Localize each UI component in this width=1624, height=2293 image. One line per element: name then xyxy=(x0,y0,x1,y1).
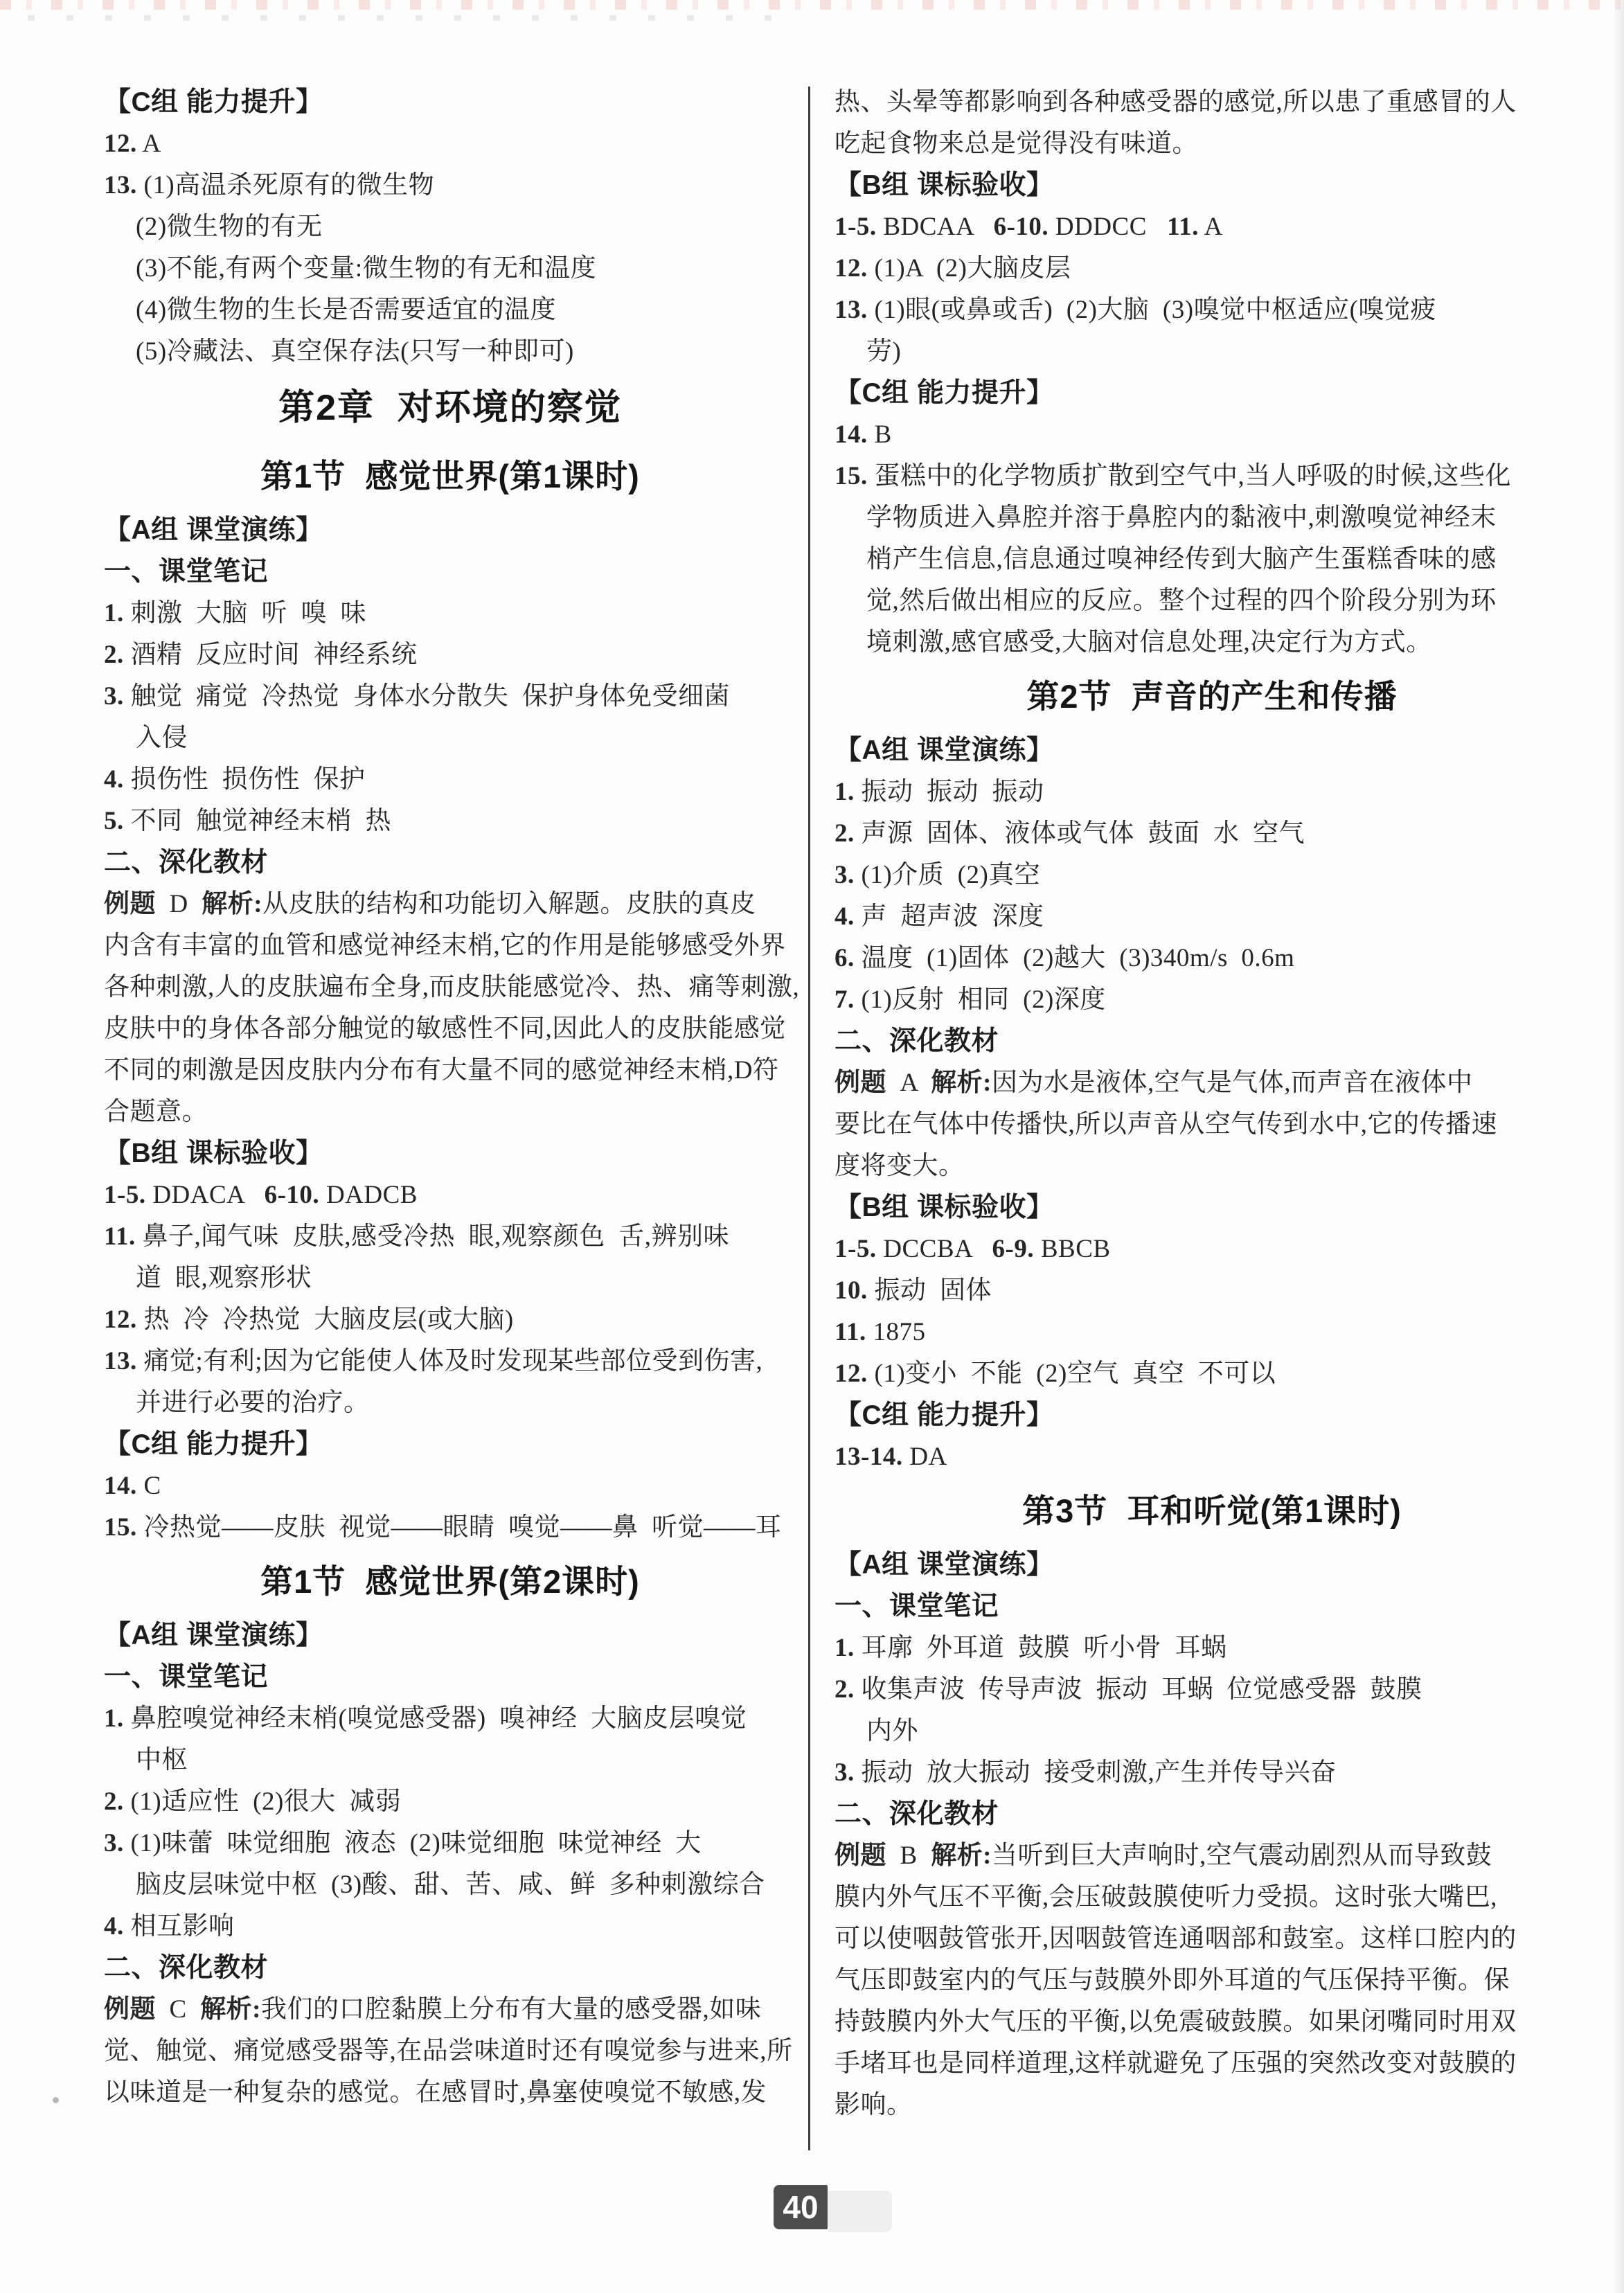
answer-line: 1. 振动 振动 振动 xyxy=(835,771,1589,813)
sub-heading: 一、课堂笔记 xyxy=(104,551,796,593)
answer-line: (4)微生物的生长是否需要适宜的温度 xyxy=(104,289,796,331)
answer-line: 影响。 xyxy=(835,2085,1589,2126)
page-number-badge: 40 xyxy=(774,2185,828,2229)
chapter-title: 第2章 对环境的察觉 xyxy=(104,373,796,443)
answer-line: 12. (1)A (2)大脑皮层 xyxy=(835,248,1589,289)
scan-artifact-red-marks xyxy=(0,0,1624,10)
answer-line: 2. 酒精 反应时间 神经系统 xyxy=(104,634,796,676)
answer-line: (3)不能,有两个变量:微生物的有无和温度 xyxy=(104,248,796,289)
answer-line: 1-5. DDACA 6-10. DADCB xyxy=(104,1175,796,1216)
answer-line: 梢产生信息,信息通过嗅神经传到大脑产生蛋糕香味的感 xyxy=(835,539,1589,580)
answer-line: 境刺激,感官感受,大脑对信息处理,决定行为方式。 xyxy=(835,622,1589,663)
answer-line: 1. 耳廓 外耳道 鼓膜 听小骨 耳蜗 xyxy=(835,1627,1589,1669)
answer-line: 热、头晕等都影响到各种感受器的感觉,所以患了重感冒的人 xyxy=(835,82,1589,123)
answer-line: 持鼓膜内外大气压的平衡,以免震破鼓膜。如果闭嘴同时用双 xyxy=(835,2001,1589,2043)
answer-line: 脑皮层味觉中枢 (3)酸、甜、苦、咸、鲜 多种刺激综合 xyxy=(104,1864,796,1906)
answer-line: 3. (1)介质 (2)真空 xyxy=(835,855,1589,896)
answer-line: 4. 损伤性 损伤性 保护 xyxy=(104,759,796,801)
answer-line: 例题 D 解析:从皮肤的结构和功能切入解题。皮肤的真皮 xyxy=(104,884,796,925)
answer-line: 4. 相互影响 xyxy=(104,1906,796,1947)
right-column: 热、头晕等都影响到各种感受器的感觉,所以患了重感冒的人吃起食物来总是觉得没有味道… xyxy=(835,82,1589,2126)
group-header: 【B组 课标验收】 xyxy=(835,1187,1589,1229)
answer-line: 道 眼,观察形状 xyxy=(104,1258,796,1299)
answer-line: 2. 收集声波 传导声波 振动 耳蜗 位觉感受器 鼓膜 xyxy=(835,1669,1589,1711)
answer-line: 例题 B 解析:当听到巨大声响时,空气震动剧烈从而导致鼓 xyxy=(835,1835,1589,1877)
answer-line: (2)微生物的有无 xyxy=(104,206,796,248)
answer-line: 3. 触觉 痛觉 冷热觉 身体水分散失 保护身体免受细菌 xyxy=(104,676,796,717)
answer-line: 3. (1)味蕾 味觉细胞 液态 (2)味觉细胞 味觉神经 大 xyxy=(104,1823,796,1864)
answer-line: 合题意。 xyxy=(104,1091,796,1133)
answer-line: 15. 蛋糕中的化学物质扩散到空气中,当人呼吸的时候,这些化 xyxy=(835,456,1589,497)
answer-line: 觉、触觉、痛觉感受器等,在品尝味道时还有嗅觉参与进来,所 xyxy=(104,2031,796,2072)
group-header: 【C组 能力提升】 xyxy=(104,82,796,123)
answer-line: 3. 振动 放大振动 接受刺激,产生并传导兴奋 xyxy=(835,1752,1589,1794)
group-header: 【A组 课堂演练】 xyxy=(835,1544,1589,1586)
sub-heading: 一、课堂笔记 xyxy=(104,1657,796,1698)
page-number: 40 xyxy=(783,2188,818,2226)
answer-line: 入侵 xyxy=(104,717,796,759)
answer-line: 2. (1)适应性 (2)很大 减弱 xyxy=(104,1781,796,1823)
scan-edge-shadow xyxy=(1613,0,1624,2293)
answer-line: 例题 C 解析:我们的口腔黏膜上分布有大量的感受器,如味 xyxy=(104,1989,796,2031)
group-header: 【C组 能力提升】 xyxy=(104,1424,796,1465)
answer-line: 12. (1)变小 不能 (2)空气 真空 不可以 xyxy=(835,1353,1589,1395)
answer-line: 12. A xyxy=(104,123,796,165)
answer-line: 6. 温度 (1)固体 (2)越大 (3)340m/s 0.6m xyxy=(835,938,1589,979)
answer-line: 1-5. DCCBA 6-9. BBCB xyxy=(835,1229,1589,1270)
answer-line: 7. (1)反射 相同 (2)深度 xyxy=(835,979,1589,1021)
answer-line: 1. 刺激 大脑 听 嗅 味 xyxy=(104,593,796,634)
answer-line: 并进行必要的治疗。 xyxy=(104,1382,796,1424)
answer-line: 4. 声 超声波 深度 xyxy=(835,896,1589,938)
answer-line: 要比在气体中传播快,所以声音从空气传到水中,它的传播速 xyxy=(835,1104,1589,1145)
group-header: 【C组 能力提升】 xyxy=(835,373,1589,414)
answer-line: (5)冷藏法、真空保存法(只写一种即可) xyxy=(104,331,796,373)
section-title: 第2节 声音的产生和传播 xyxy=(835,663,1589,730)
answer-line: 10. 振动 固体 xyxy=(835,1270,1589,1312)
answer-line: 13. (1)高温杀死原有的微生物 xyxy=(104,165,796,206)
page-badge-ghost xyxy=(828,2191,892,2232)
answer-line: 以味道是一种复杂的感觉。在感冒时,鼻塞使嗅觉不敏感,发 xyxy=(104,2072,796,2114)
answer-line: 劳) xyxy=(835,331,1589,373)
answer-line: 11. 鼻子,闻气味 皮肤,感受冷热 眼,观察颜色 舌,辨别味 xyxy=(104,1216,796,1258)
section-title: 第1节 感觉世界(第1课时) xyxy=(104,443,796,510)
answer-line: 不同的刺激是因皮肤内分布有大量不同的感觉神经末梢,D符 xyxy=(104,1050,796,1091)
answer-line: 学物质进入鼻腔并溶于鼻腔内的黏液中,刺激嗅觉神经末 xyxy=(835,497,1589,539)
answer-line: 中枢 xyxy=(104,1740,796,1781)
scanned-answer-page: 【C组 能力提升】12. A13. (1)高温杀死原有的微生物(2)微生物的有无… xyxy=(0,0,1624,2293)
answer-line: 各种刺激,人的皮肤遍布全身,而皮肤能感觉冷、热、痛等刺激, xyxy=(104,967,796,1008)
answer-line: 13-14. DA xyxy=(835,1436,1589,1478)
group-header: 【B组 课标验收】 xyxy=(104,1133,796,1175)
sub-heading: 二、深化教材 xyxy=(104,842,796,884)
answer-line: 13. (1)眼(或鼻或舌) (2)大脑 (3)嗅觉中枢适应(嗅觉疲 xyxy=(835,289,1589,331)
answer-line: 吃起食物来总是觉得没有味道。 xyxy=(835,123,1589,165)
answer-line: 5. 不同 触觉神经末梢 热 xyxy=(104,801,796,842)
answer-line: 15. 冷热觉——皮肤 视觉——眼睛 嗅觉——鼻 听觉——耳 xyxy=(104,1507,796,1549)
group-header: 【A组 课堂演练】 xyxy=(104,510,796,551)
answer-line: 度将变大。 xyxy=(835,1145,1589,1187)
answer-line: 可以使咽鼓管张开,因咽鼓管连通咽部和鼓室。这样口腔内的 xyxy=(835,1918,1589,1960)
sub-heading: 二、深化教材 xyxy=(104,1947,796,1989)
answer-line: 膜内外气压不平衡,会压破鼓膜使听力受损。这时张大嘴巴, xyxy=(835,1877,1589,1918)
left-column: 【C组 能力提升】12. A13. (1)高温杀死原有的微生物(2)微生物的有无… xyxy=(104,82,796,2114)
answer-line: 13. 痛觉;有利;因为它能使人体及时发现某些部位受到伤害, xyxy=(104,1341,796,1382)
answer-line: 例题 A 解析:因为水是液体,空气是气体,而声音在液体中 xyxy=(835,1062,1589,1104)
group-header: 【A组 课堂演练】 xyxy=(104,1615,796,1657)
answer-line: 内含有丰富的血管和感觉神经末梢,它的作用是能够感受外界 xyxy=(104,925,796,967)
scan-artifact-gray-marks xyxy=(28,15,789,21)
answer-line: 14. C xyxy=(104,1465,796,1507)
column-divider xyxy=(808,87,810,2150)
group-header: 【A组 课堂演练】 xyxy=(835,730,1589,771)
answer-line: 1. 鼻腔嗅觉神经末梢(嗅觉感受器) 嗅神经 大脑皮层嗅觉 xyxy=(104,1698,796,1740)
answer-line: 气压即鼓室内的气压与鼓膜外即外耳道的气压保持平衡。保 xyxy=(835,1960,1589,2001)
sub-heading: 二、深化教材 xyxy=(835,1794,1589,1835)
answer-line: 2. 声源 固体、液体或气体 鼓面 水 空气 xyxy=(835,813,1589,855)
answer-line: 12. 热 冷 冷热觉 大脑皮层(或大脑) xyxy=(104,1299,796,1341)
answer-line: 皮肤中的身体各部分触觉的敏感性不同,因此人的皮肤能感觉 xyxy=(104,1008,796,1050)
group-header: 【C组 能力提升】 xyxy=(835,1395,1589,1436)
answer-line: 1-5. BDCAA 6-10. DDDCC 11. A xyxy=(835,206,1589,248)
sub-heading: 一、课堂笔记 xyxy=(835,1586,1589,1627)
scan-speck xyxy=(53,2097,59,2103)
answer-line: 觉,然后做出相应的反应。整个过程的四个阶段分别为环 xyxy=(835,580,1589,622)
section-title: 第3节 耳和听觉(第1课时) xyxy=(835,1478,1589,1544)
sub-heading: 二、深化教材 xyxy=(835,1021,1589,1062)
answer-line: 14. B xyxy=(835,414,1589,456)
group-header: 【B组 课标验收】 xyxy=(835,165,1589,206)
section-title: 第1节 感觉世界(第2课时) xyxy=(104,1549,796,1615)
answer-line: 内外 xyxy=(835,1711,1589,1752)
answer-line: 11. 1875 xyxy=(835,1312,1589,1353)
answer-line: 手堵耳也是同样道理,这样就避免了压强的突然改变对鼓膜的 xyxy=(835,2043,1589,2085)
